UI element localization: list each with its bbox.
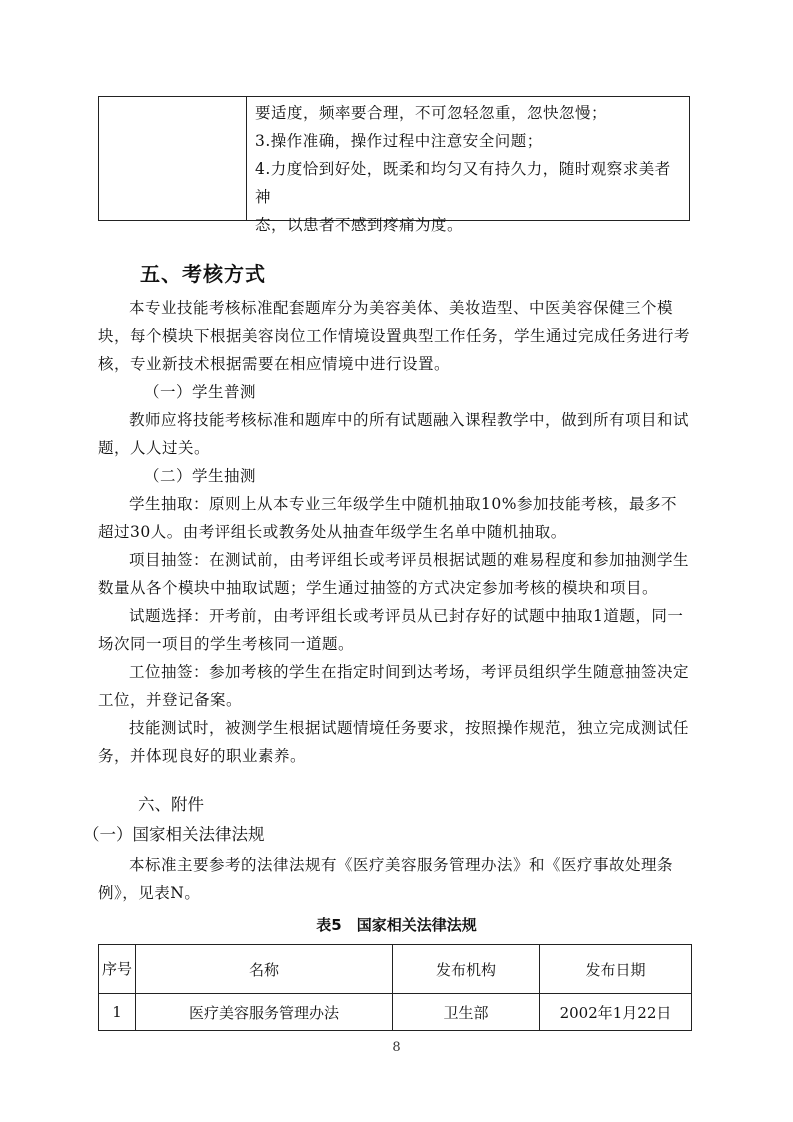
table-row: 1 医疗美容服务管理办法 卫生部 2002年1月22日 [99, 994, 692, 1031]
paragraph-intro: 本专业技能考核标准配套题库分为美容美体、美妆造型、中医美容保健三个模块，每个模块… [98, 294, 690, 378]
header-name: 名称 [136, 945, 393, 994]
table-line: 3.操作准确，操作过程中注意安全问题； [255, 127, 683, 155]
cell-name: 医疗美容服务管理办法 [136, 994, 393, 1031]
header-date: 发布日期 [540, 945, 692, 994]
page-number: 8 [0, 1040, 793, 1055]
table-caption: 表5 国家相关法律法规 [0, 914, 793, 935]
section-heading-6: 六、附件 [138, 791, 204, 815]
subheading-universal-test: （一）学生普测 [144, 378, 644, 406]
table-line: 4.力度恰到好处，既柔和均匀又有持久力，随时观察求美者神 [255, 155, 683, 211]
laws-table: 序号 名称 发布机构 发布日期 1 医疗美容服务管理办法 卫生部 2002年1月… [98, 944, 692, 1031]
cell-date: 2002年1月22日 [540, 994, 692, 1031]
paragraph-universal-test: 教师应将技能考核标准和题库中的所有试题融入课程教学中，做到所有项目和试题，人人过… [98, 406, 690, 462]
paragraph-question-selection: 试题选择：开考前，由考评组长或考评员从已封存好的试题中抽取1道题，同一场次同一项… [98, 602, 690, 658]
paragraph-skill-test: 技能测试时，被测学生根据试题情境任务要求，按照操作规范，独立完成测试任务，并体现… [98, 714, 690, 770]
paragraph-project-draw: 项目抽签：在测试前，由考评组长或考评员根据试题的难易程度和参加抽测学生数量从各个… [98, 546, 690, 602]
paragraph-laws: 本标准主要参考的法律法规有《医疗美容服务管理办法》和《医疗事故处理条例》，见表N… [98, 851, 690, 907]
header-index: 序号 [99, 945, 136, 994]
subheading-sample-test: （二）学生抽测 [144, 462, 644, 490]
paragraph-student-selection: 学生抽取：原则上从本专业三年级学生中随机抽取10%参加技能考核，最多不超过30人… [98, 490, 690, 546]
subheading-laws: （一）国家相关法律法规 [83, 821, 265, 845]
paragraph-station-draw: 工位抽签：参加考核的学生在指定时间到达考场，考评员组织学生随意抽签决定工位，并登… [98, 658, 690, 714]
top-table-fragment: 要适度，频率要合理，不可忽轻忽重，忽快忽慢； 3.操作准确，操作过程中注意安全问… [98, 96, 690, 221]
table-line: 要适度，频率要合理，不可忽轻忽重，忽快忽慢； [255, 99, 683, 127]
section-heading-5: 五、考核方式 [140, 258, 266, 287]
table-header-row: 序号 名称 发布机构 发布日期 [99, 945, 692, 994]
cell-publisher: 卫生部 [393, 994, 540, 1031]
table-line: 态，以患者不感到疼痛为度。 [255, 211, 683, 239]
cell-index: 1 [99, 994, 136, 1031]
top-table-left-cell [99, 97, 247, 220]
header-publisher: 发布机构 [393, 945, 540, 994]
top-table-right-cell: 要适度，频率要合理，不可忽轻忽重，忽快忽慢； 3.操作准确，操作过程中注意安全问… [249, 97, 689, 239]
